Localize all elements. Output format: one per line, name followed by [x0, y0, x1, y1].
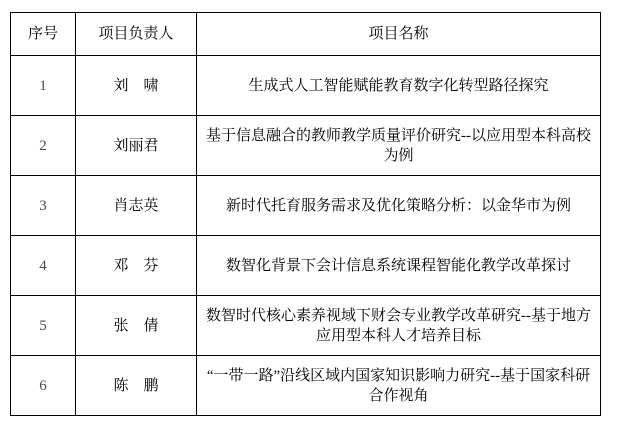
table-row: 2刘丽君基于信息融合的教师教学质量评价研究--以应用型本科高校为例 — [11, 116, 601, 176]
table-row: 6陈 鹏“一带一路”沿线区域内国家知识影响力研究--基于国家科研合作视角 — [11, 356, 601, 416]
row-number-cell: 6 — [11, 356, 76, 416]
header-cell-title: 项目名称 — [197, 13, 601, 56]
header-cell-leader: 项目负责人 — [76, 13, 197, 56]
row-number-cell: 2 — [11, 116, 76, 176]
project-table: 序号 项目负责人 项目名称 1刘 啸生成式人工智能赋能教育数字化转型路径探究2刘… — [10, 12, 601, 416]
table-row: 4邓 芬数智化背景下会计信息系统课程智能化教学改革探讨 — [11, 236, 601, 296]
leader-cell: 刘丽君 — [76, 116, 197, 176]
title-cell: 数智时代核心素养视域下财会专业教学改革研究--基于地方应用型本科人才培养目标 — [197, 296, 601, 356]
row-number-cell: 3 — [11, 176, 76, 236]
row-number-cell: 4 — [11, 236, 76, 296]
leader-cell: 肖志英 — [76, 176, 197, 236]
table-row: 5张 倩数智时代核心素养视域下财会专业教学改革研究--基于地方应用型本科人才培养… — [11, 296, 601, 356]
table-body: 1刘 啸生成式人工智能赋能教育数字化转型路径探究2刘丽君基于信息融合的教师教学质… — [11, 56, 601, 416]
table-header-row: 序号 项目负责人 项目名称 — [11, 13, 601, 56]
row-number-cell: 1 — [11, 56, 76, 116]
table-row: 1刘 啸生成式人工智能赋能教育数字化转型路径探究 — [11, 56, 601, 116]
title-cell: 生成式人工智能赋能教育数字化转型路径探究 — [197, 56, 601, 116]
leader-cell: 邓 芬 — [76, 236, 197, 296]
leader-cell: 张 倩 — [76, 296, 197, 356]
header-cell-number: 序号 — [11, 13, 76, 56]
row-number-cell: 5 — [11, 296, 76, 356]
title-cell: 基于信息融合的教师教学质量评价研究--以应用型本科高校为例 — [197, 116, 601, 176]
title-cell: 新时代托育服务需求及优化策略分析：以金华市为例 — [197, 176, 601, 236]
leader-cell: 陈 鹏 — [76, 356, 197, 416]
title-cell: “一带一路”沿线区域内国家知识影响力研究--基于国家科研合作视角 — [197, 356, 601, 416]
table-row: 3肖志英新时代托育服务需求及优化策略分析：以金华市为例 — [11, 176, 601, 236]
title-cell: 数智化背景下会计信息系统课程智能化教学改革探讨 — [197, 236, 601, 296]
leader-cell: 刘 啸 — [76, 56, 197, 116]
